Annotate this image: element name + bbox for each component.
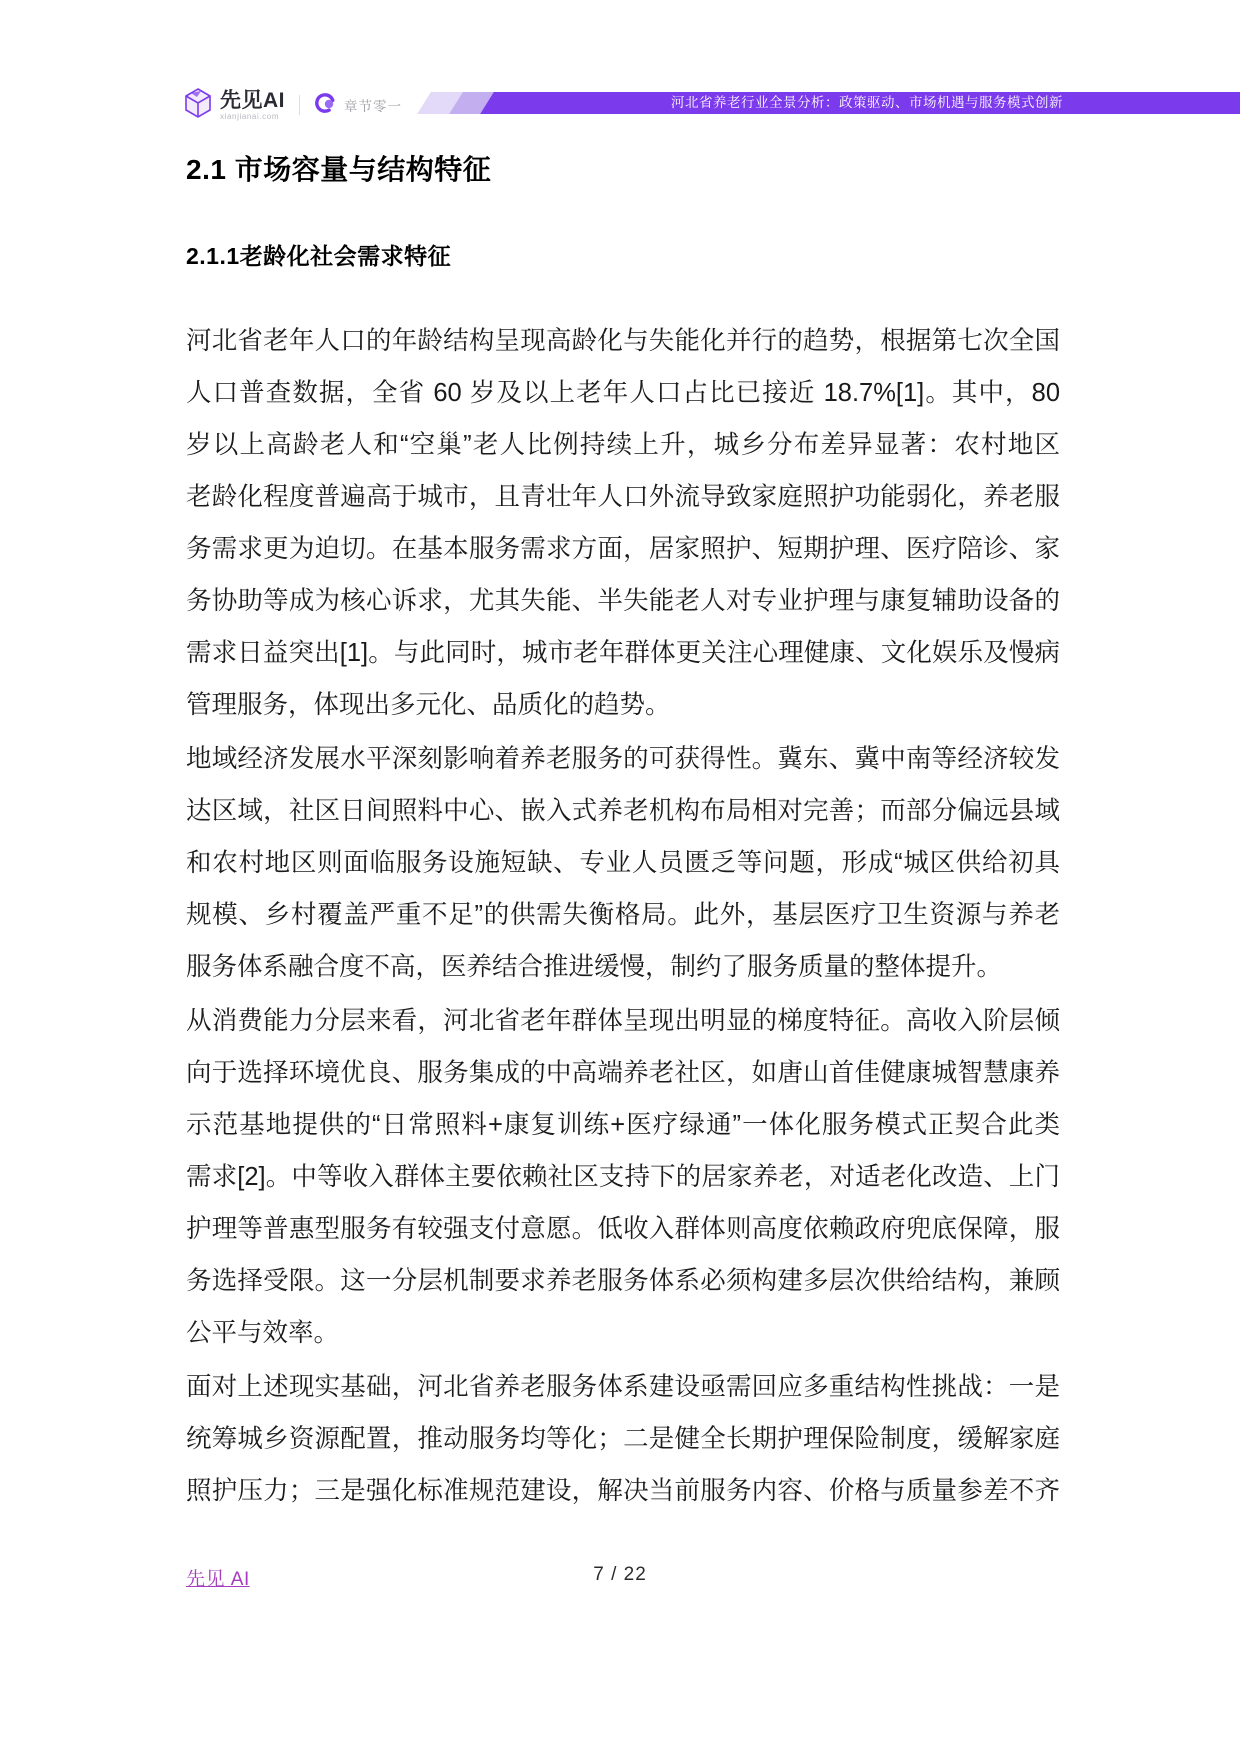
header: 先见AI xianjianai.com 章节零一 — [183, 88, 402, 122]
brand-xianjian: 先见AI xianjianai.com — [183, 87, 285, 124]
body-line: 护理等普惠型服务有较强支付意愿。低收入群体则高度依赖政府兜底保障，服 — [186, 1203, 1060, 1255]
body-line: 规模、乡村覆盖严重不足”的供需失衡格局。此外，基层医疗卫生资源与养老 — [186, 889, 1060, 941]
chapter-logo-icon — [314, 91, 338, 120]
body-line: 公平与效率。 — [186, 1307, 1060, 1359]
section-heading: 2.1 市场容量与结构特征 — [186, 152, 491, 188]
body-line: 需求日益突出[1]。与此同时，城市老年群体更关注心理健康、文化娱乐及慢病 — [186, 627, 1060, 679]
paragraph: 地域经济发展水平深刻影响着养老服务的可获得性。冀东、冀中南等经济较发达区域，社区… — [186, 733, 1060, 993]
body-line: 需求[2]。中等收入群体主要依赖社区支持下的居家养老，对适老化改造、上门 — [186, 1151, 1060, 1203]
report-title-banner: 河北省养老行业全景分析：政策驱动、市场机遇与服务模式创新 — [494, 92, 1240, 114]
subsection-heading: 2.1.1老龄化社会需求特征 — [186, 241, 451, 271]
brand-divider — [299, 95, 300, 115]
body-line: 务选择受限。这一分层机制要求养老服务体系必须构建多层次供给结构，兼顾 — [186, 1255, 1060, 1307]
body-line: 管理服务，体现出多元化、品质化的趋势。 — [186, 679, 1060, 731]
body-line: 岁以上高龄老人和“空巢”老人比例持续上升，城乡分布差异显著：农村地区 — [186, 419, 1060, 471]
paragraph: 河北省老年人口的年龄结构呈现高龄化与失能化并行的趋势，根据第七次全国人口普查数据… — [186, 315, 1060, 731]
body-line: 和农村地区则面临服务设施短缺、专业人员匮乏等问题，形成“城区供给初具 — [186, 837, 1060, 889]
page-number: 7 / 22 — [0, 1564, 1240, 1586]
brand-text-block: 先见AI xianjianai.com — [220, 90, 285, 121]
body-line: 面对上述现实基础，河北省养老服务体系建设亟需回应多重结构性挑战：一是 — [186, 1361, 1060, 1413]
xianjian-logo-icon — [183, 87, 213, 124]
paragraph: 面对上述现实基础，河北省养老服务体系建设亟需回应多重结构性挑战：一是统筹城乡资源… — [186, 1361, 1060, 1517]
body-line: 从消费能力分层来看，河北省老年群体呈现出明显的梯度特征。高收入阶层倾 — [186, 995, 1060, 1047]
body-line: 人口普查数据，全省 60 岁及以上老年人口占比已接近 18.7%[1]。其中，8… — [186, 367, 1060, 419]
body-line: 服务体系融合度不高，医养结合推进缓慢，制约了服务质量的整体提升。 — [186, 941, 1060, 993]
body-line: 照护压力；三是强化标准规范建设，解决当前服务内容、价格与质量参差不齐 — [186, 1465, 1060, 1517]
brand-partner: 章节零一 — [314, 91, 402, 120]
body-line: 统筹城乡资源配置，推动服务均等化；二是健全长期护理保险制度，缓解家庭 — [186, 1413, 1060, 1465]
body-line: 示范基地提供的“日常照料+康复训练+医疗绿通”一体化服务模式正契合此类 — [186, 1099, 1060, 1151]
body-line: 老龄化程度普遍高于城市，且青壮年人口外流导致家庭照护功能弱化，养老服 — [186, 471, 1060, 523]
body-line: 达区域，社区日间照料中心、嵌入式养老机构布局相对完善；而部分偏远县域 — [186, 785, 1060, 837]
brand-name: 先见AI — [220, 90, 285, 111]
body-line: 务需求更为迫切。在基本服务需求方面，居家照护、短期护理、医疗陪诊、家 — [186, 523, 1060, 575]
body-text: 河北省老年人口的年龄结构呈现高龄化与失能化并行的趋势，根据第七次全国人口普查数据… — [186, 315, 1060, 1517]
banner-title: 河北省养老行业全景分析：政策驱动、市场机遇与服务模式创新 — [671, 95, 1063, 110]
partner-brand-name: 章节零一 — [344, 95, 402, 115]
body-line: 河北省老年人口的年龄结构呈现高龄化与失能化并行的趋势，根据第七次全国 — [186, 315, 1060, 367]
brand-tagline: xianjianai.com — [220, 113, 285, 121]
document-page: 先见AI xianjianai.com 章节零一 河北省养老行业全景分析：政策驱… — [0, 0, 1240, 1755]
body-line: 地域经济发展水平深刻影响着养老服务的可获得性。冀东、冀中南等经济较发 — [186, 733, 1060, 785]
paragraph: 从消费能力分层来看，河北省老年群体呈现出明显的梯度特征。高收入阶层倾向于选择环境… — [186, 995, 1060, 1359]
body-line: 向于选择环境优良、服务集成的中高端养老社区，如唐山首佳健康城智慧康养 — [186, 1047, 1060, 1099]
body-line: 务协助等成为核心诉求，尤其失能、半失能老人对专业护理与康复辅助设备的 — [186, 575, 1060, 627]
